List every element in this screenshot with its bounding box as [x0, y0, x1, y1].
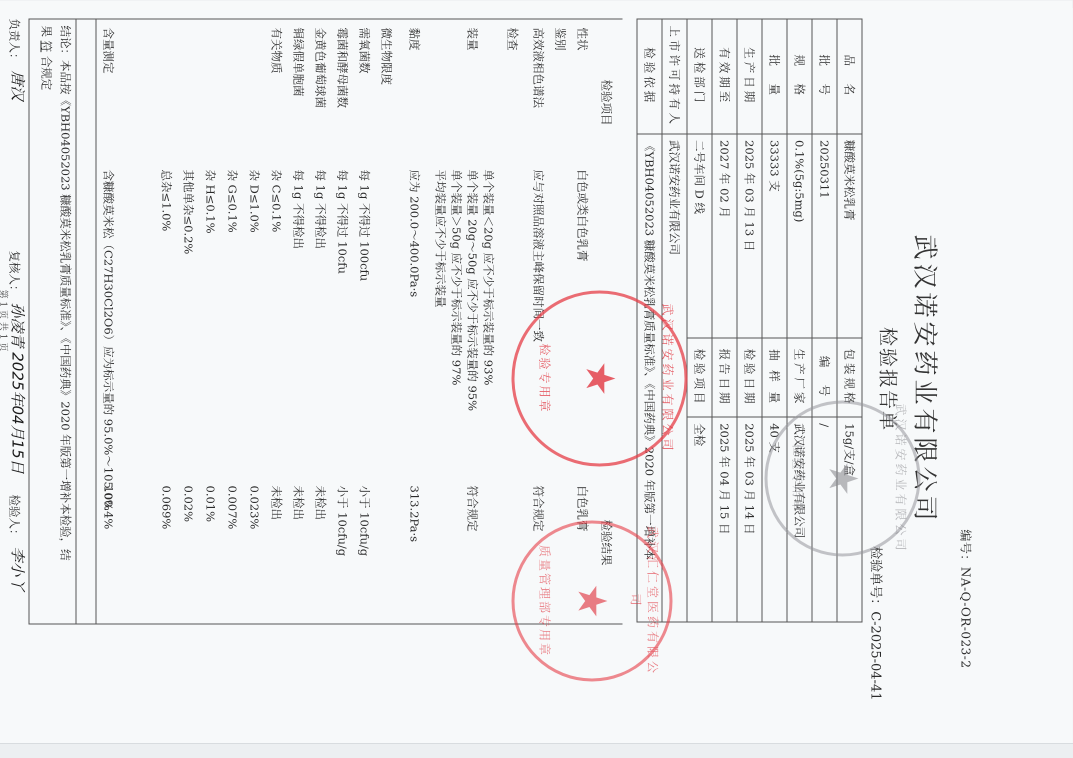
- test-result: 未检出: [311, 486, 331, 521]
- info-row: 送检部门二号车间 D 线检验项目全检: [687, 19, 712, 622]
- info-row: 生产日期2025 年 03 月 13 日检验日期2025 年 03 月 14 日: [737, 19, 762, 622]
- info-label-2: 抽 样 量: [762, 338, 787, 416]
- result-row: 需氧菌数每 1g 不得过 100cfu小于 10cfu/g: [355, 20, 375, 624]
- test-item: 霉菌和酵母菌数: [333, 28, 353, 109]
- test-standard: 每 1g 不得过 10cfu: [333, 170, 353, 274]
- test-standard: 杂 H≤0.1%: [201, 170, 221, 234]
- results-divider: [96, 20, 97, 624]
- result-row: 其他单杂≤0.2%0.02%: [179, 20, 199, 624]
- info-label: 批 号: [812, 19, 837, 134]
- page-indicator: 第 1 页 共 1 页: [0, 1, 11, 641]
- test-result: 0.023%: [245, 486, 265, 530]
- conclusion-mid: 果: [40, 26, 54, 38]
- test-standard: 杂 C≤0.1%: [267, 170, 287, 233]
- header-item: 检验项目: [597, 80, 617, 126]
- test-item: 黏度: [405, 28, 425, 51]
- info-value: 2027 年 02 月: [712, 134, 737, 339]
- test-standard: 总杂≤1.0%: [157, 170, 177, 232]
- result-row: 含量测定含糠酸莫米松（C27H30Cl2O6）应为标示量的 95.0%～105.…: [99, 20, 119, 624]
- info-label: 上市许可持有人: [662, 19, 687, 134]
- inspector-signature: 李小丫: [8, 547, 29, 592]
- test-item: 微生物限度: [377, 28, 397, 86]
- test-item: 性状: [573, 28, 593, 51]
- info-value-2: 2025 年 04 月 15 日: [712, 417, 737, 622]
- info-value: 2025 年 03 月 13 日: [737, 134, 762, 339]
- result-row: 检查: [503, 20, 523, 624]
- test-result: 313.2Pa·s: [405, 486, 425, 543]
- test-item: 铜绿假单胞菌: [289, 28, 309, 97]
- test-standard: 每 1g 不得过 100cfu: [355, 170, 375, 282]
- info-row: 批 量33333 支抽 样 量40 支: [762, 19, 787, 622]
- test-result: 0.02%: [179, 486, 199, 523]
- info-label: 生产日期: [737, 19, 762, 134]
- test-standard: 平均装量应不少于标示装量: [431, 170, 451, 308]
- test-item: 有关物质: [267, 28, 287, 74]
- scan-edge-bottom: [0, 743, 1073, 758]
- basis-label: 检验依据: [637, 19, 662, 134]
- test-result: 0.01%: [201, 486, 221, 523]
- company-name: 武汉诺安药业有限公司: [909, 1, 945, 758]
- test-result: 未检出: [289, 486, 309, 521]
- test-result: 0.069%: [157, 486, 177, 530]
- test-result: 小于 10cfu/g: [333, 486, 353, 557]
- result-row: 杂 G≤0.1%0.007%: [223, 20, 243, 624]
- result-row: 霉菌和酵母菌数每 1g 不得过 10cfu小于 10cfu/g: [333, 20, 353, 624]
- info-value: 0.1%(5g:5mg): [787, 134, 812, 339]
- result-row: 杂 H≤0.1%0.01%: [201, 20, 221, 624]
- conclusion-value: 符: [40, 41, 54, 53]
- result-row: 杂 D≤1.0%0.023%: [245, 20, 265, 624]
- info-label-2: 报告日期: [712, 338, 737, 416]
- test-item: 金黄色葡萄球菌: [311, 28, 331, 109]
- info-label: 规 格: [787, 19, 812, 134]
- star-icon: ★: [823, 461, 863, 497]
- info-value: 20250311: [812, 134, 837, 339]
- red-inspection-seal: 武汉诺安药业有限公司 ★ 检验专用章: [512, 291, 688, 467]
- test-result: 0.007%: [223, 486, 243, 530]
- test-item: 需氧菌数: [355, 28, 375, 74]
- test-standard: 白色或类白色乳膏: [573, 170, 593, 262]
- star-icon: ★: [572, 583, 612, 619]
- conclusion: 结论：本品按《YBH04052023 糠酸莫米松乳膏质量标准》、《中国药典》20…: [37, 26, 75, 616]
- info-label-2: 检验项目: [687, 338, 712, 416]
- test-item: 检查: [503, 28, 523, 51]
- test-standard: 每 1g 不得检出: [311, 170, 331, 250]
- form-code: 编号：NA-Q-OR-023-2: [958, 529, 975, 668]
- info-value-2: 全检: [687, 417, 712, 622]
- star-icon: ★: [580, 361, 620, 397]
- result-row: 有关物质杂 C≤0.1%未检出: [267, 20, 287, 624]
- report-number: 检验单号：C-2025-04-41: [868, 546, 887, 700]
- info-label: 送检部门: [687, 19, 712, 134]
- test-result: 小于 10cfu/g: [355, 486, 375, 557]
- result-row: 金黄色葡萄球菌每 1g 不得检出未检出: [311, 20, 331, 624]
- conclusion-prefix: 结论：本品按《YBH04052023 糠酸莫米松乳膏质量标准》、《中国药典》20…: [59, 26, 73, 561]
- info-label: 批 量: [762, 19, 787, 134]
- result-row: 总杂≤1.0%0.069%: [157, 20, 177, 624]
- info-value: 二号车间 D 线: [687, 134, 712, 339]
- test-standard: 应为 200.0～400.0Pa·s: [405, 170, 425, 298]
- gray-inspection-seal: 武汉诺安药业有限公司 ★ 检验专用章: [765, 401, 921, 557]
- test-standard: 含糠酸莫米松（C27H30Cl2O6）应为标示量的 95.0%～105.0%: [99, 170, 119, 511]
- test-standard: 杂 G≤0.1%: [223, 170, 243, 233]
- test-result: 100.4%: [99, 486, 119, 530]
- reviewer-signature: 孙凌青 2025年04月15日: [8, 303, 29, 474]
- info-label: 有效期至: [712, 19, 737, 134]
- info-label: 品 名: [837, 19, 862, 134]
- conclusion-suffix: 合规定: [40, 56, 54, 91]
- test-item: 高效液相色谱法: [529, 28, 549, 109]
- test-standard: 杂 D≤1.0%: [245, 170, 265, 233]
- test-item: 鉴别: [551, 28, 571, 51]
- result-row: 铜绿假单胞菌每 1g 不得检出未检出: [289, 20, 309, 624]
- info-value-2: 2025 年 03 月 14 日: [737, 417, 762, 622]
- result-row: 平均装量应不少于标示装量: [431, 20, 451, 624]
- info-row: 有效期至2027 年 02 月报告日期2025 年 04 月 15 日: [712, 19, 737, 622]
- test-item: 含量测定: [99, 28, 119, 74]
- inspection-report-page: 编号：NA-Q-OR-023-2 武汉诺安药业有限公司 检验报告单 检验单号：C…: [0, 1, 1073, 758]
- test-result: 未检出: [267, 486, 287, 521]
- red-qa-seal: 武汉汇仁堂医药有限公司 ★ 质量管理部专用章: [512, 521, 673, 682]
- responsible-signature: 唐汉: [8, 71, 29, 101]
- result-row: 黏度应为 200.0～400.0Pa·s313.2Pa·s: [405, 20, 425, 624]
- conclusion-divider: [76, 20, 77, 624]
- test-standard: 其他单杂≤0.2%: [179, 170, 199, 255]
- info-value: 33333 支: [762, 134, 787, 339]
- info-label-2: 检验日期: [737, 338, 762, 416]
- result-row: 微生物限度: [377, 20, 397, 624]
- test-standard: 每 1g 不得检出: [289, 170, 309, 250]
- info-value: 糠酸莫米松乳膏: [837, 134, 862, 339]
